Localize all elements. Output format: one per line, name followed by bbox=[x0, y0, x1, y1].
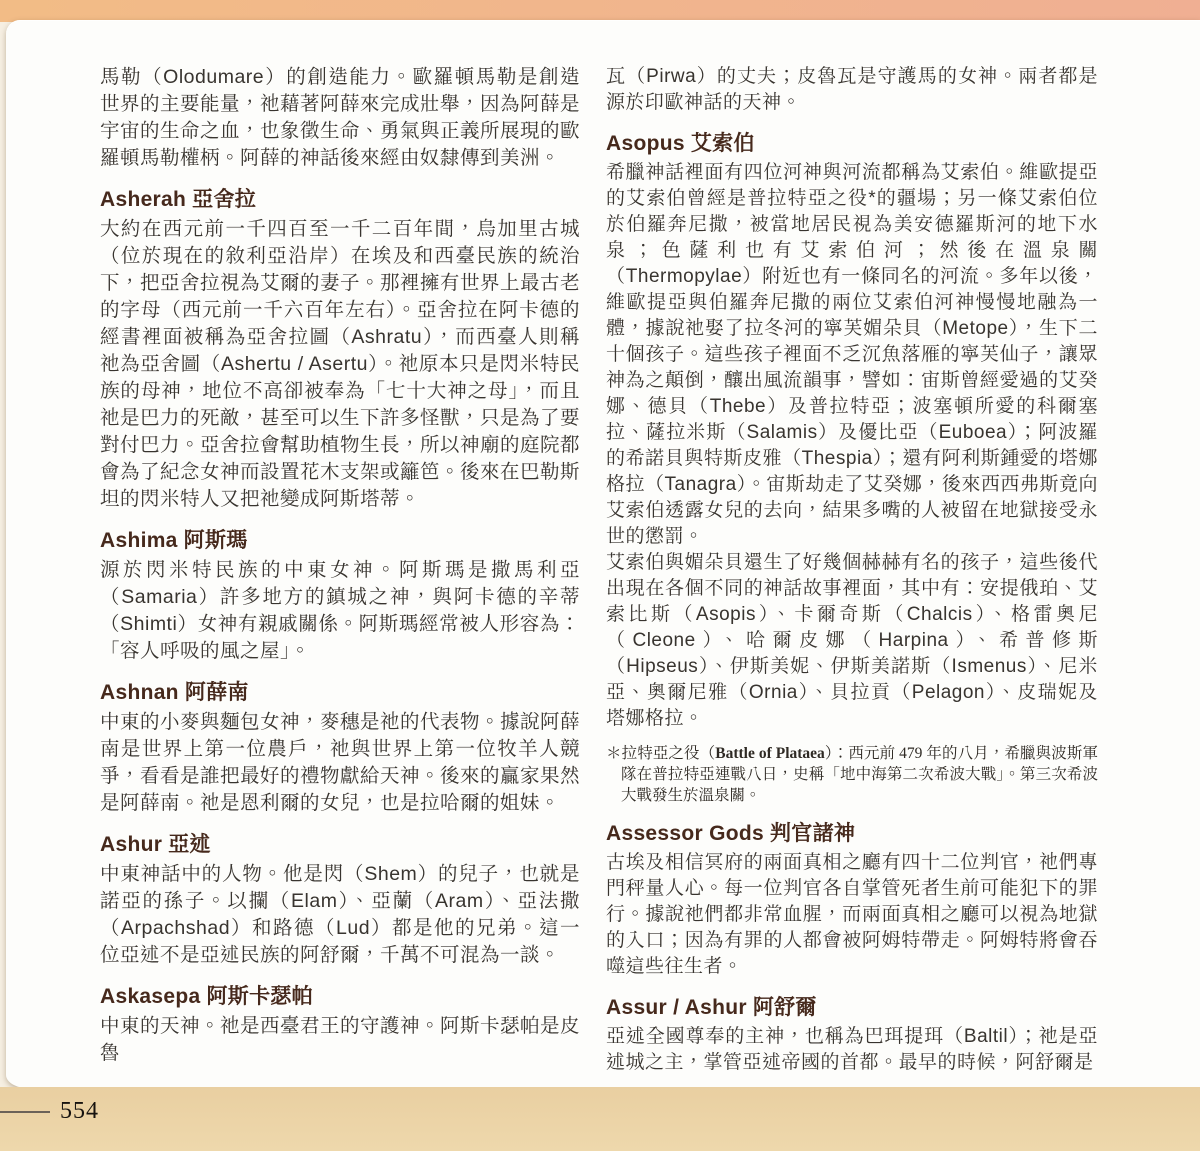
entry-assessor-gods: Assessor Gods判官諸神 古埃及相信冥府的兩面真相之廳有四十二位判官，… bbox=[606, 821, 1098, 980]
entry-body: 中東的小麥與麵包女神，麥穗是祂的代表物。據說阿薛南是世界上第一位農戶，祂與世界上… bbox=[100, 709, 580, 817]
entry-askasepa: Askasepa阿斯卡瑟帕 中東的天神。祂是西臺君王的守護神。阿斯卡瑟帕是皮魯 bbox=[100, 984, 580, 1067]
entry-term-latin: Asherah bbox=[100, 188, 186, 211]
entry-heading: Ashima阿斯瑪 bbox=[100, 528, 580, 554]
entry-ashnan: Ashnan阿薛南 中東的小麥與麵包女神，麥穗是祂的代表物。據說阿薛南是世界上第… bbox=[100, 680, 580, 817]
entry-term-chinese: 阿舒爾 bbox=[753, 996, 817, 1019]
entry-assur-ashur: Assur / Ashur阿舒爾 亞述全國尊奉的主神，也稱為巴珥提珥（Balti… bbox=[606, 995, 1098, 1076]
entry-heading: Assessor Gods判官諸神 bbox=[606, 821, 1098, 847]
entry-term-chinese: 阿斯瑪 bbox=[184, 529, 248, 552]
entry-body: 中東的天神。祂是西臺君王的守護神。阿斯卡瑟帕是皮魯 bbox=[100, 1013, 580, 1067]
right-column: 瓦（Pirwa）的丈夫；皮魯瓦是守護馬的女神。兩者都是源於印歐神話的天神。 As… bbox=[606, 64, 1098, 1076]
entry-term-latin: Ashur bbox=[100, 833, 162, 856]
two-column-text: 馬勒（Olodumare）的創造能力。歐羅頓馬勒是創造世界的主要能量，祂藉著阿薛… bbox=[100, 64, 1098, 1076]
footnote-plataea: ＊拉特亞之役（Battle of Plataea）：西元前 479 年的八月，希… bbox=[606, 743, 1098, 806]
entry-body: 希臘神話裡面有四位河神與河流都稱為艾索伯。維歐提亞的艾索伯曾經是普拉特亞之役*的… bbox=[606, 160, 1098, 550]
entry-heading: Asopus艾索伯 bbox=[606, 131, 1098, 157]
entry-asopus: Asopus艾索伯 希臘神話裡面有四位河神與河流都稱為艾索伯。維歐提亞的艾索伯曾… bbox=[606, 131, 1098, 806]
left-column: 馬勒（Olodumare）的創造能力。歐羅頓馬勒是創造世界的主要能量，祂藉著阿薛… bbox=[100, 64, 580, 1076]
entry-term-latin: Assessor Gods bbox=[606, 822, 764, 845]
entry-heading: Askasepa阿斯卡瑟帕 bbox=[100, 984, 580, 1010]
entry-body: 源於閃米特民族的中東女神。阿斯瑪是撒馬利亞（Samaria）許多地方的鎮城之神，… bbox=[100, 557, 580, 665]
entry-body-paragraph-2: 艾索伯與媚朵貝還生了好幾個赫赫有名的孩子，這些後代出現在各個不同的神話故事裡面，… bbox=[606, 550, 1098, 732]
entry-term-chinese: 阿斯卡瑟帕 bbox=[206, 985, 313, 1008]
dictionary-page: 馬勒（Olodumare）的創造能力。歐羅頓馬勒是創造世界的主要能量，祂藉著阿薛… bbox=[6, 20, 1200, 1089]
entry-body: 古埃及相信冥府的兩面真相之廳有四十二位判官，祂們專門秤量人心。每一位判官各自掌管… bbox=[606, 850, 1098, 980]
page-number: 554 bbox=[60, 1098, 99, 1125]
entry-body: 大約在西元前一千四百至一千二百年間，烏加里古城（位於現在的敘利亞沿岸）在埃及和西… bbox=[100, 216, 580, 513]
book-top-edge bbox=[0, 0, 1200, 22]
entry-heading: Assur / Ashur阿舒爾 bbox=[606, 995, 1098, 1021]
entry-term-latin: Ashima bbox=[100, 529, 178, 552]
footnote-latin: Battle of Plataea bbox=[715, 745, 825, 762]
entry-term-chinese: 亞舍拉 bbox=[192, 188, 256, 211]
entry-ashima: Ashima阿斯瑪 源於閃米特民族的中東女神。阿斯瑪是撒馬利亞（Samaria）… bbox=[100, 528, 580, 665]
entry-term-latin: Asopus bbox=[606, 132, 685, 155]
entry-term-chinese: 判官諸神 bbox=[770, 822, 855, 845]
page-number-rule bbox=[0, 1111, 50, 1113]
entry-heading: Ashur亞述 bbox=[100, 832, 580, 858]
entry-continuation-olodumare: 馬勒（Olodumare）的創造能力。歐羅頓馬勒是創造世界的主要能量，祂藉著阿薛… bbox=[100, 64, 580, 172]
entry-term-latin: Askasepa bbox=[100, 985, 200, 1008]
entry-term-chinese: 艾索伯 bbox=[691, 132, 755, 155]
entry-heading: Asherah亞舍拉 bbox=[100, 187, 580, 213]
entry-continuation-askasepa: 瓦（Pirwa）的丈夫；皮魯瓦是守護馬的女神。兩者都是源於印歐神話的天神。 bbox=[606, 64, 1098, 116]
entry-ashur: Ashur亞述 中東神話中的人物。他是閃（Shem）的兒子，也就是諾亞的孫子。以… bbox=[100, 832, 580, 969]
entry-body: 中東神話中的人物。他是閃（Shem）的兒子，也就是諾亞的孫子。以攔（Elam）、… bbox=[100, 861, 580, 969]
entry-term-latin: Ashnan bbox=[100, 681, 179, 704]
entry-body: 亞述全國尊奉的主神，也稱為巴珥提珥（Baltil）；祂是亞述城之主，掌管亞述帝國… bbox=[606, 1024, 1098, 1076]
footnote-lead: ＊拉特亞之役（ bbox=[606, 745, 715, 762]
entry-term-chinese: 亞述 bbox=[168, 833, 211, 856]
entry-asherah: Asherah亞舍拉 大約在西元前一千四百至一千二百年間，烏加里古城（位於現在的… bbox=[100, 187, 580, 513]
entry-heading: Ashnan阿薛南 bbox=[100, 680, 580, 706]
book-bottom-edge: 554 bbox=[0, 1087, 1200, 1151]
entry-term-latin: Assur / Ashur bbox=[606, 996, 747, 1019]
entry-term-chinese: 阿薛南 bbox=[185, 681, 249, 704]
